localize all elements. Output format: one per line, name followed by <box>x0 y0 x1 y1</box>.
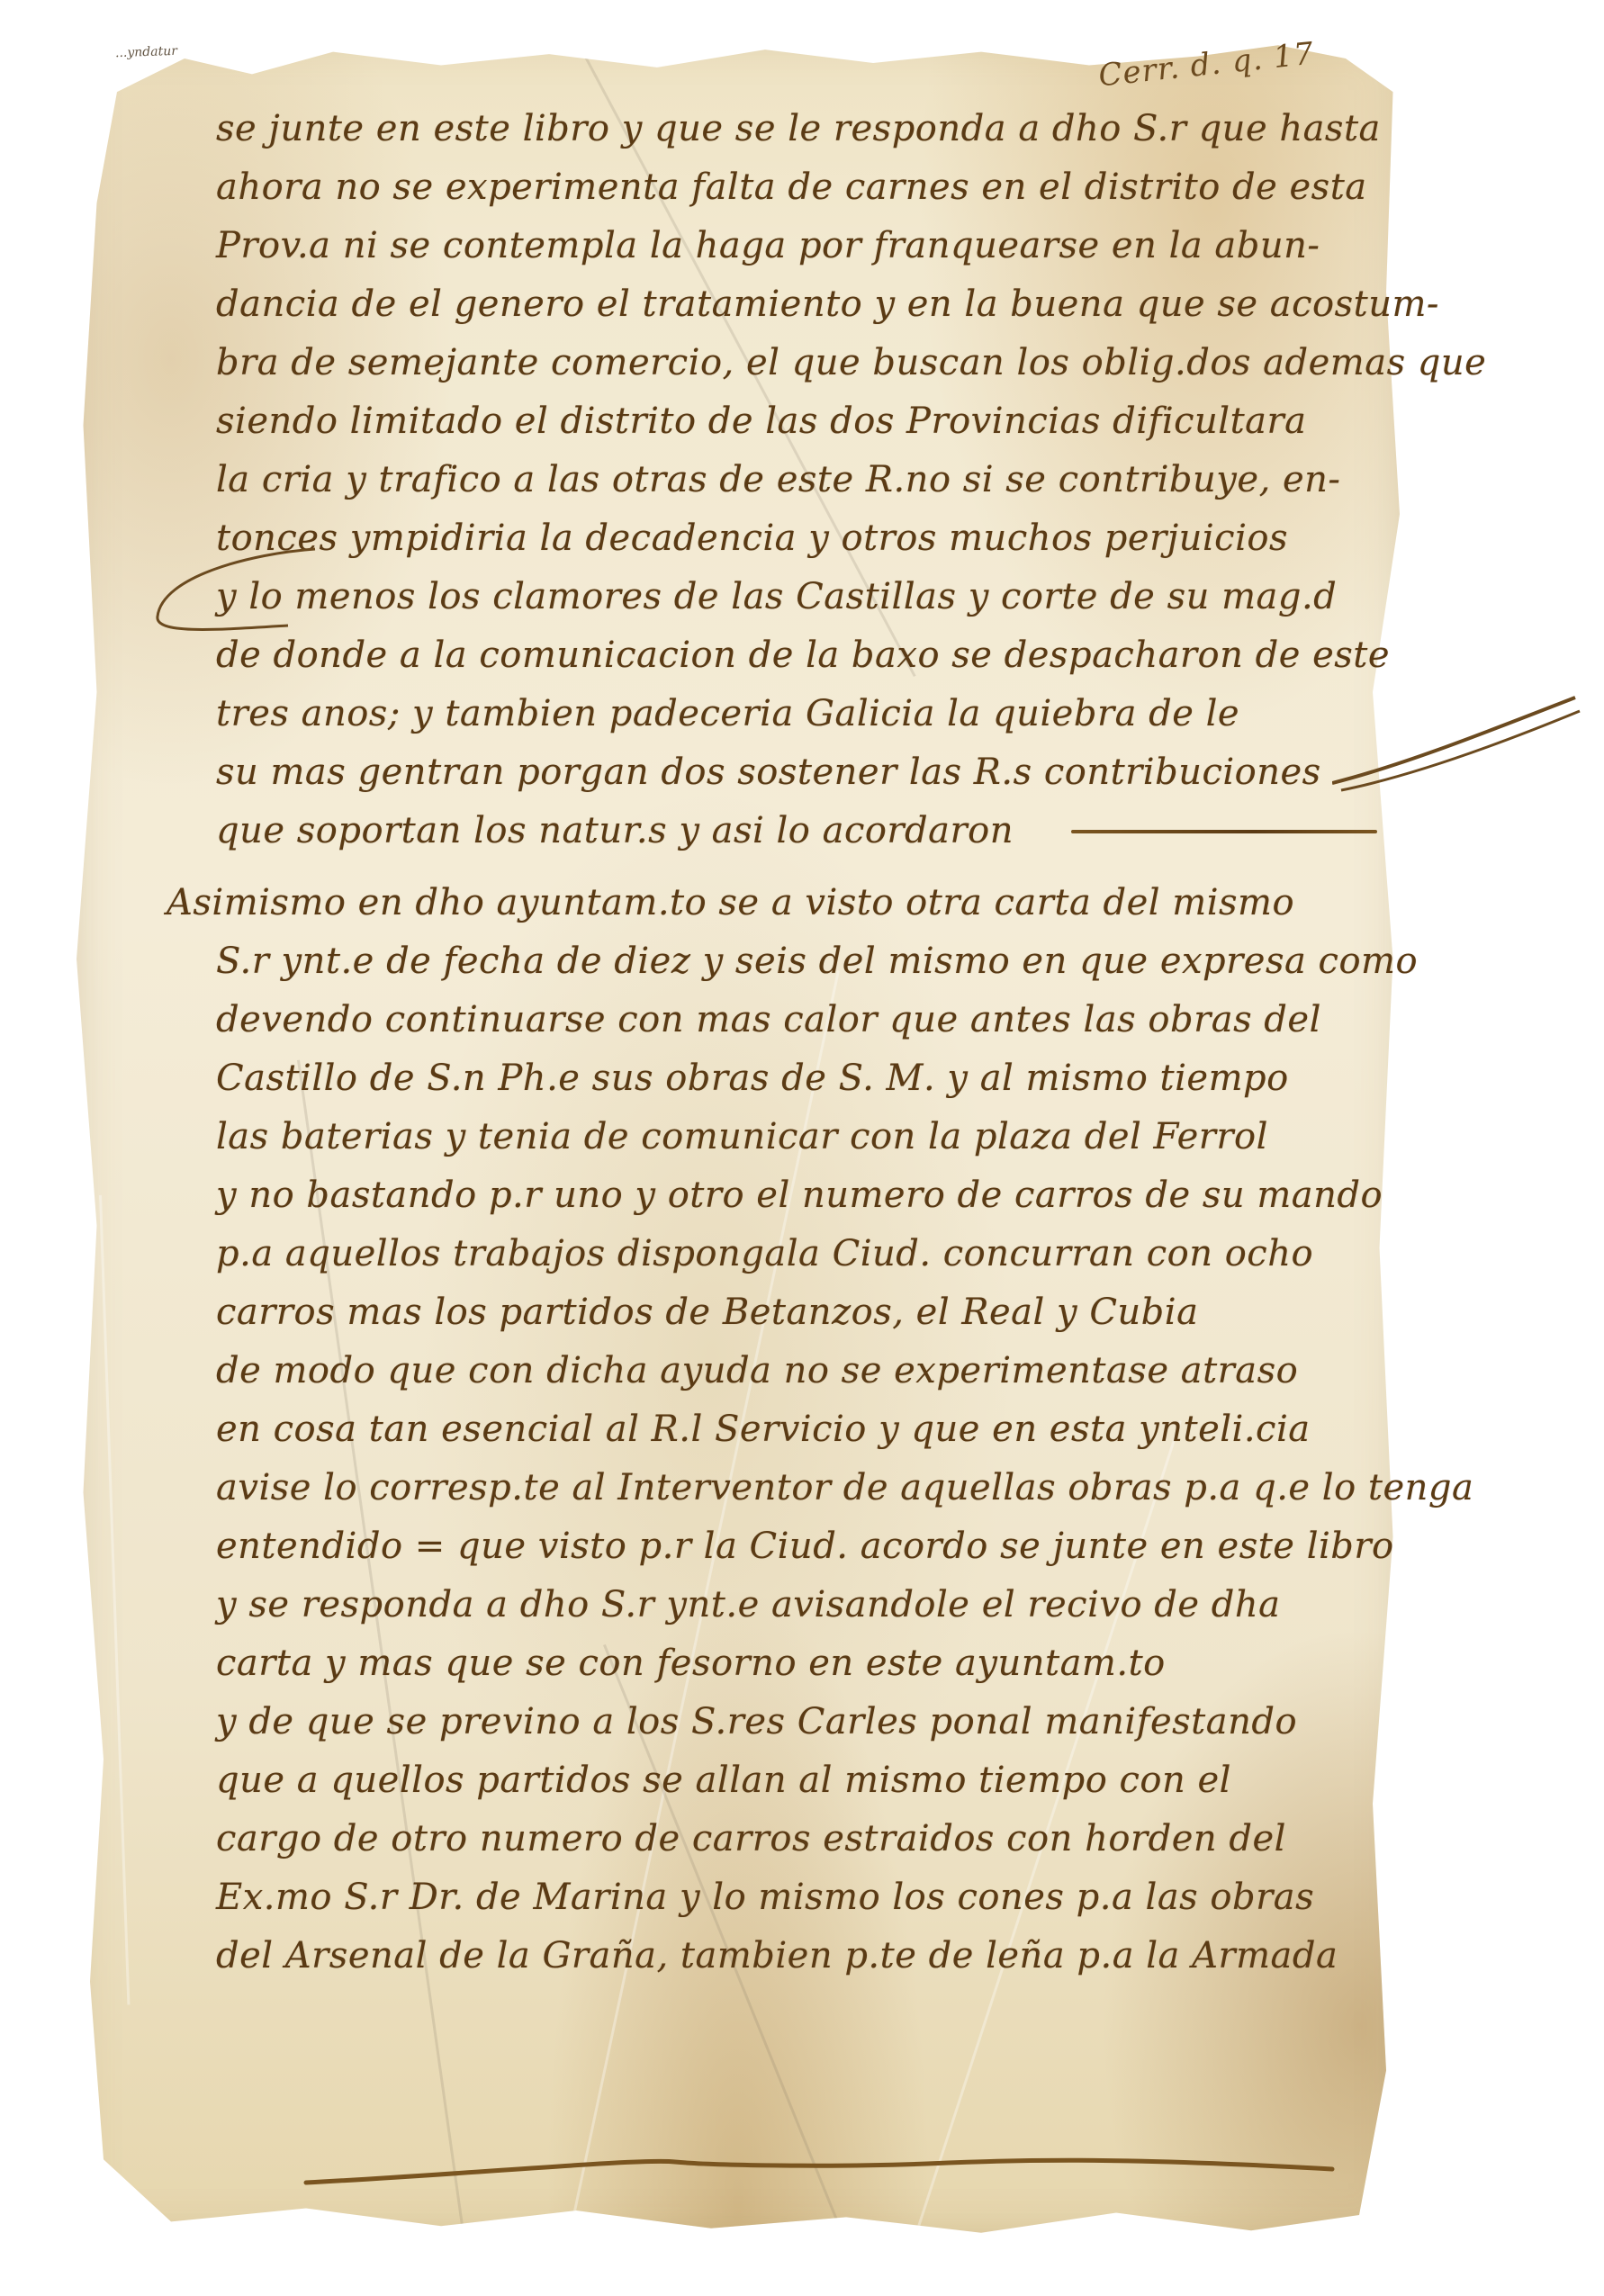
text-line: Prov.a ni se contempla la haga por franq… <box>216 225 1320 266</box>
text-line: dancia de el genero el tratamiento y en … <box>216 284 1439 325</box>
text-line: devendo continuarse con mas calor que an… <box>216 999 1321 1040</box>
text-line: entendido = que visto p.r la Ciud. acord… <box>216 1526 1394 1567</box>
text-line: carros mas los partidos de Betanzos, el … <box>216 1292 1198 1333</box>
text-line: y se responda a dho S.r ynt.e avisandole… <box>216 1584 1280 1625</box>
text-line: de donde a la comunicacion de la baxo se… <box>216 635 1390 676</box>
text-line: y lo menos los clamores de las Castillas… <box>216 576 1337 617</box>
text-line: tonces ympidiria la decadencia y otros m… <box>216 518 1288 559</box>
text-line: que soportan los natur.s y asi lo acorda… <box>216 810 1014 851</box>
text-line: bra de semejante comercio, el que buscan… <box>216 342 1486 383</box>
text-line: se junte en este libro y que se le respo… <box>216 108 1381 149</box>
text-line: Asimismo en dho ayuntam.to se a visto ot… <box>167 882 1294 923</box>
text-line: en cosa tan esencial al R.l Servicio y q… <box>216 1409 1311 1450</box>
text-line: siendo limitado el distrito de las dos P… <box>216 401 1306 442</box>
text-line: las baterias y tenia de comunicar con la… <box>216 1116 1268 1157</box>
text-line: Castillo de S.n Ph.e sus obras de S. M. … <box>216 1058 1289 1099</box>
end-of-entry-rule <box>1071 830 1377 833</box>
closing-ink-stroke <box>297 2151 1377 2187</box>
text-line: tres anos; y tambien padeceria Galicia l… <box>216 693 1239 734</box>
text-line: y de que se previno a los S.res Carles p… <box>216 1701 1297 1742</box>
paper-crease <box>99 1195 130 2005</box>
text-line: la cria y trafico a las otras de este R.… <box>216 459 1340 500</box>
text-line: p.a aquellos trabajos dispongala Ciud. c… <box>216 1233 1313 1274</box>
text-line: avise lo corresp.te al Interventor de aq… <box>216 1467 1473 1508</box>
text-line: Ex.mo S.r Dr. de Marina y lo mismo los c… <box>216 1877 1314 1918</box>
text-line: ahora no se experimenta falta de carnes … <box>216 167 1367 208</box>
margin-note: ...yndatur <box>115 44 177 60</box>
text-line: de modo que con dicha ayuda no se experi… <box>216 1350 1298 1391</box>
text-line: S.r ynt.e de fecha de diez y seis del mi… <box>216 941 1418 982</box>
text-line: cargo de otro numero de carros estraidos… <box>216 1818 1286 1859</box>
text-line: y no bastando p.r uno y otro el numero d… <box>216 1175 1383 1216</box>
initial-flourish <box>144 540 324 639</box>
text-line: que a quellos partidos se allan al mismo… <box>216 1760 1231 1801</box>
text-line: del Arsenal de la Graña, tambien p.te de… <box>216 1935 1338 1976</box>
text-line: su mas gentran porgan dos sostener las R… <box>216 752 1321 793</box>
margin-flourish <box>1332 693 1584 792</box>
text-line: carta y mas que se con fesorno en este a… <box>216 1643 1166 1684</box>
